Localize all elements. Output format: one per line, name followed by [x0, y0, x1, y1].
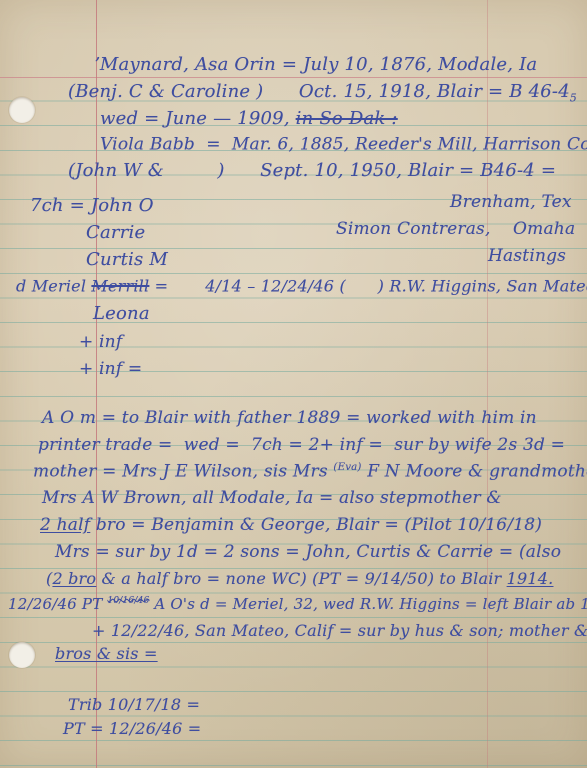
line-pt-date: PT = 12/26/46 = [63, 721, 201, 738]
line-john-w: (John W & ) Sept. 10, 1950, Blair = B46-… [68, 162, 556, 181]
line-para-3: mother = Mrs J E Wilson, sis Mrs (Eva) F… [33, 463, 587, 482]
line-para-2: printer trade = wed = 7ch = 2+ inf = sur… [38, 437, 565, 455]
page: ʼMaynard, Asa Orin = July 10, 1876, Moda… [0, 0, 587, 768]
top-margin-line [0, 77, 587, 78]
line-para-4: Mrs A W Brown, all Modale, Ia = also ste… [42, 490, 502, 508]
line-brenham: Brenham, Tex [450, 194, 572, 212]
line-obit-1946: 12/26/46 PT 10/16/46 A O's d = Meriel, 3… [8, 597, 587, 613]
line-inf-1: + inf [79, 334, 122, 352]
line-parents-death: (Benj. C & Caroline ) Oct. 15, 1918, Bla… [68, 83, 577, 104]
line-viola-babb: Viola Babb = Mar. 6, 1885, Reeder's Mill… [100, 136, 587, 155]
line-para-5: 2 half bro = Benjamin & George, Blair = … [40, 517, 542, 535]
line-curtis: Curtis M [86, 251, 168, 270]
line-maynard-header: ʼMaynard, Asa Orin = July 10, 1876, Moda… [94, 56, 537, 75]
line-children-john: 7ch = John O [30, 197, 154, 216]
line-leona: Leona [93, 305, 150, 324]
line-bros-sis: bros & sis = [55, 646, 158, 663]
punch-hole-top [9, 97, 35, 123]
right-margin-line [487, 0, 488, 768]
line-trib-date: Trib 10/17/18 = [68, 697, 200, 714]
line-carrie: Carrie [86, 224, 145, 243]
line-para-6: Mrs = sur by 1d = 2 sons = John, Curtis … [55, 544, 561, 562]
line-san-mateo: + 12/22/46, San Mateo, Calif = sur by hu… [92, 623, 587, 640]
line-hastings: Hastings [488, 248, 566, 266]
line-marriage: wed = June — 1909, in So Dak : [100, 110, 398, 129]
punch-hole-bottom [9, 642, 35, 668]
line-meriel: d Meriel Merrill = 4/14 – 12/24/46 ( ) R… [16, 278, 587, 295]
line-para-7: (2 bro & a half bro = none WC) (PT = 9/1… [46, 571, 553, 588]
line-para-1: A O m = to Blair with father 1889 = work… [42, 410, 537, 428]
line-contreras: Simon Contreras, Omaha [336, 221, 575, 239]
line-inf-2: + inf = [79, 361, 142, 379]
